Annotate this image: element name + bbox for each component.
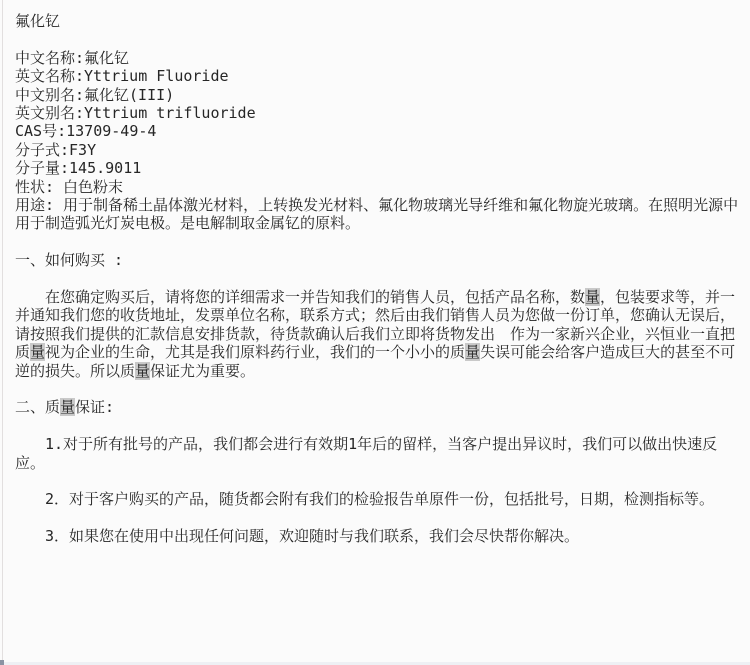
search-highlight: 量 (585, 288, 600, 306)
product-info-line: 中文名称:氟化钇 (15, 49, 744, 67)
product-info-line: 用途: 用于制备稀土晶体激光材料，上转换发光材料、氟化物玻璃光导纤维和氟化物旋光… (15, 196, 744, 233)
product-info-line: 中文别名:氟化钇(III) (15, 86, 744, 104)
text-segment: 保证: (75, 398, 114, 416)
product-info-line: 英文别名:Yttrium trifluoride (15, 104, 744, 122)
scrollbar-corner (0, 660, 4, 665)
search-highlight: 量 (465, 343, 480, 361)
purchase-instructions-paragraph: 在您确定购买后，请将您的详细需求一并告知我们的销售人员，包括产品名称，数量，包装… (15, 288, 744, 380)
search-highlight: 量 (135, 362, 150, 380)
quality-guarantee-item: 1.对于所有批号的产品，我们都会进行有效期1年后的留样，当客户提出异议时，我们可… (15, 435, 744, 472)
quality-guarantee-list: 1.对于所有批号的产品，我们都会进行有效期1年后的留样，当客户提出异议时，我们可… (15, 435, 744, 545)
search-highlight: 量 (30, 343, 45, 361)
document-content: 氟化钇 中文名称:氟化钇英文名称:Yttrium Fluoride中文别名:氟化… (0, 0, 750, 546)
product-info-line: 分子量:145.9011 (15, 159, 744, 177)
product-page: { "colors": { "background": "#fbfbfb", "… (0, 0, 750, 665)
search-highlight: 量 (60, 398, 75, 416)
section-heading-quality-guarantee: 二、质量保证: (15, 398, 744, 416)
section-heading-how-to-buy: 一、如何购买 : (15, 251, 744, 269)
page-title: 氟化钇 (15, 12, 744, 30)
quality-guarantee-item: 2．对于客户购买的产品，随货都会附有我们的检验报告单原件一份，包括批号，日期，检… (15, 490, 744, 508)
text-segment: 二、质 (15, 398, 60, 416)
product-info-line: 分子式:F3Y (15, 141, 744, 159)
product-info-line: 英文名称:Yttrium Fluoride (15, 67, 744, 85)
product-info-line: CAS号:13709-49-4 (15, 122, 744, 140)
quality-guarantee-item: 3．如果您在使用中出现任何问题，欢迎随时与我们联系，我们会尽快帮你解决。 (15, 527, 744, 545)
text-segment: 视为企业的生命，尤其是我们原料药行业，我们的一个小小的质 (45, 343, 465, 361)
text-segment: 保证尤为重要。 (150, 362, 255, 380)
text-segment: 在您确定购买后，请将您的详细需求一并告知我们的销售人员，包括产品名称，数 (45, 288, 585, 306)
product-info-line: 性状: 白色粉末 (15, 178, 744, 196)
product-info-list: 中文名称:氟化钇英文名称:Yttrium Fluoride中文别名:氟化钇(II… (15, 49, 744, 233)
